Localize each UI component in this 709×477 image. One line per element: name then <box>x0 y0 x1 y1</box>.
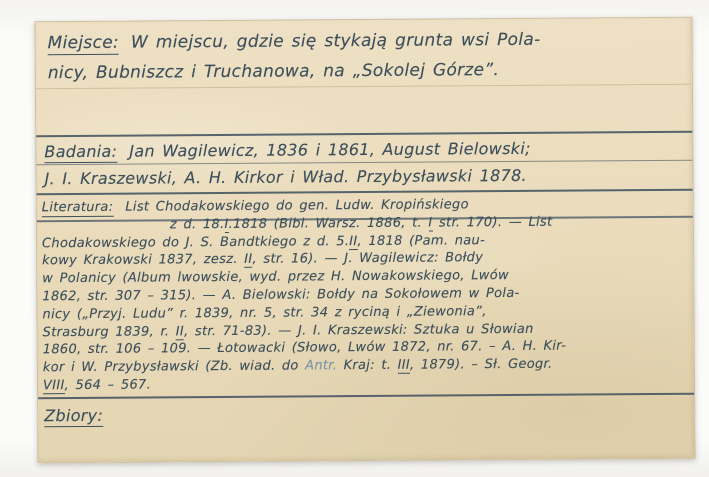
handwritten-text: Kraj: t. <box>337 358 398 373</box>
handwritten-text: , str. 16). — J. Wagilewicz: Bołdy <box>252 251 483 268</box>
handwritten-text: .1818 (Bibl. Warsz. 1886, t. <box>229 215 429 231</box>
handwritten-text: Antr. <box>305 358 337 373</box>
handwritten-text: , str. 71-83). — J. I. Kraszewski: Sztuk… <box>184 321 534 338</box>
handwritten-text: 1860, str. 106 – 109. — Łotowacki (Słowo… <box>43 339 567 358</box>
section-miejsce: Miejsce:W miejscu, gdzie się stykają gru… <box>48 24 688 88</box>
handwritten-text: Chodakowskiego do J. S. Bandtkiego z d. … <box>42 234 349 251</box>
zbiory-line-1: Zbiory: <box>44 399 690 430</box>
handwritten-text: w Polanicy (Album lwowskie, wyd. przez H… <box>42 268 509 286</box>
zbiory-label: Zbiory: <box>44 406 103 427</box>
badania-label: Badania: <box>44 142 117 164</box>
miejsce-line-1: Miejsce:W miejscu, gdzie się stykają gru… <box>48 24 688 58</box>
handwritten-text: kor i W. Przybysławski (Zb. wiad. do <box>43 359 305 376</box>
handwritten-text: J. I. Kraszewski, A. H. Kirkor i Wład. P… <box>44 166 526 188</box>
handwritten-text: , 564 – 567. <box>65 377 151 393</box>
handwritten-text: , 1879). – Sł. Geogr. <box>410 357 553 373</box>
handwritten-text: VIII <box>43 378 65 394</box>
handwritten-text: 1862, str. 307 – 315). — A. Bielowski: B… <box>42 286 519 304</box>
handwritten-text: III <box>398 358 411 374</box>
badania-line-2: J. I. Kraszewski, A. H. Kirkor i Wład. P… <box>44 161 688 192</box>
miejsce-line-2: nicy, Bubniszcz i Truchanowa, na „Sokole… <box>48 54 688 88</box>
handwritten-text: W miejscu, gdzie się stykają grunta wsi … <box>131 30 541 53</box>
handwritten-text: kowy Krakowski 1837, zesz. <box>42 252 244 268</box>
handwritten-text: , 1818 (Pam. nau- <box>357 233 485 249</box>
handwritten-text: II <box>349 234 357 250</box>
handwritten-text: Strasburg 1839, r. <box>43 324 176 340</box>
section-zbiory: Zbiory: <box>44 399 690 430</box>
section-literatura: Literatura:List Chodakowskiego do gen. L… <box>42 195 692 395</box>
handwritten-text: z d. 18. <box>170 217 225 232</box>
section-badania: Badania:Jan Wagilewicz, 1836 i 1861, Aug… <box>44 134 688 192</box>
handwritten-text: nicy, Bubniszcz i Truchanowa, na „Sokole… <box>48 60 500 83</box>
handwritten-text: List Chodakowskiego do gen. Ludw. Kropiń… <box>125 197 469 214</box>
handwritten-text: nicy („Przyj. Ludu” r. 1839, nr. 5, str.… <box>42 304 486 322</box>
handwritten-text: Jan Wagilewicz, 1836 i 1861, August Biel… <box>129 139 531 161</box>
handwritten-text: str. 170). — List <box>432 214 552 230</box>
catalog-card: Miejsce:W miejscu, gdzie się stykają gru… <box>34 17 695 464</box>
literatura-line-11: VIII, 564 – 567. <box>43 373 692 395</box>
miejsce-label: Miejsce: <box>48 33 120 55</box>
literatura-label: Literatura: <box>42 200 114 217</box>
